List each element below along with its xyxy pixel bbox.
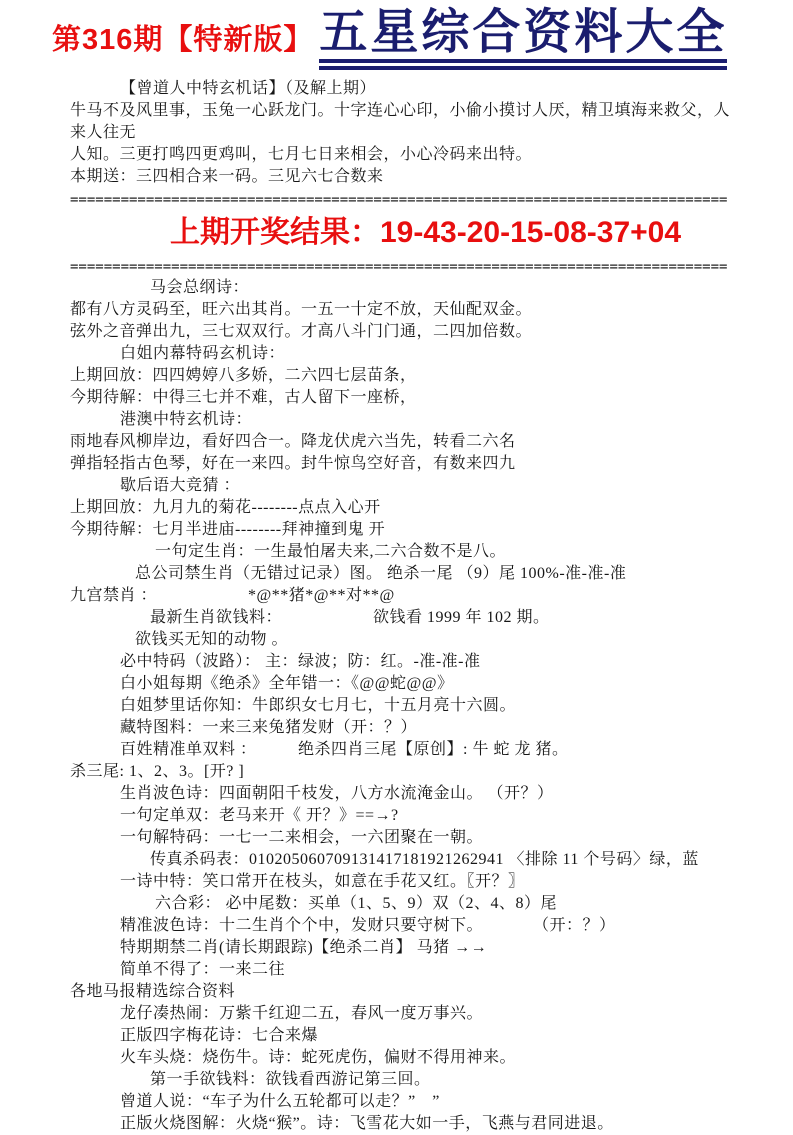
text-line: 今期待解：七月半进庙--------拜神撞到鬼 开 [70,519,743,541]
text-line: 简单不得了：一来二往 [70,959,743,981]
section-heading-xiehouyu: 歇后语大竞猜 ： [70,475,743,497]
text-line: 一句解特码：一七一二来相会，一六团聚在一朝。 [70,827,743,849]
text-line: 本期送：三四相合来一码。三见六七合数来 [70,166,743,188]
text-line: 六合彩： 必中尾数：买单（1、5、9）双（2、4、8）尾 [70,893,743,915]
text-line: 弹指轻指古色琴，好在一来四。封牛惊鸟空好音，有数来四九 [70,453,743,475]
text-line: 生肖波色诗：四面朝阳千枝发，八方水流淹金山。 （开？） [70,783,743,805]
text-line: 火车头烧：烧伤牛。诗：蛇死虎伤，偏财不得用神来。 [70,1047,743,1069]
text-line: 杀三尾: 1、2、3。[开? ] [70,761,743,783]
text-line: 弦外之音弹出九，三七双双行。才高八斗门门通，二四加倍数。 [70,321,743,343]
text-line: 必中特码（波路）： 主：绿波；防：红。-准-准-准 [70,651,743,673]
text-line: 雨地春风柳岸边，看好四合一。降龙伏虎六当先，转看二六名 [70,431,743,453]
section-heading-zonggang: 马会总纲诗： [70,277,743,299]
body-content: 【曾道人中特玄机话】（及解上期） 牛马不及风里事，玉兔一心跃龙门。十字连心心印，… [0,70,793,1135]
page-title: 五星综合资料大全 [319,8,727,70]
text-line: 九宫禁肖 ： *@**猪*@**对**@ [70,585,743,607]
section-heading-zengdaoren: 【曾道人中特玄机话】（及解上期） [70,78,743,100]
draw-result: 上期开奖结果：19-43-20-15-08-37+04 [70,210,743,255]
text-line: 第一手欲钱料：欲钱看西游记第三回。 [70,1069,743,1091]
text-line: 曾道人说：“车子为什么五轮都可以走？” ” [70,1091,743,1113]
text-line: 百姓精准单双料 ： 绝杀四肖三尾【原创】: 牛 蛇 龙 猪。 [70,739,743,761]
header: 第316期【特新版】 五星综合资料大全 [0,0,793,70]
section-heading-gangao: 港澳中特玄机诗： [70,409,743,431]
text-line: 龙仔凑热闹：万紫千红迎二五，春风一度万事兴。 [70,1003,743,1025]
section-heading-baijie: 白姐内幕特码玄机诗： [70,343,743,365]
text-line: 正版四字梅花诗：七合来爆 [70,1025,743,1047]
text-line: 传真杀码表：010205060709131417181921262941 〈排除… [70,849,743,871]
issue-badge: 第316期【特新版】 [52,17,313,58]
text-line: 都有八方灵码至，旺六出其肖。一五一十定不放，天仙配双金。 [70,299,743,321]
text-line: 欲钱买无知的动物 。 [70,629,743,651]
separator-line: ========================================… [70,188,743,210]
text-line: 人知。三更打鸣四更鸡叫，七月七日来相会，小心冷码来出特。 [70,144,743,166]
section-heading-gedimabao: 各地马报精选综合资料 [70,981,743,1003]
document-page: 第316期【特新版】 五星综合资料大全 【曾道人中特玄机话】（及解上期） 牛马不… [0,0,793,1135]
text-line: 特期期禁二肖(请长期跟踪)【绝杀二肖】 马猪 →→ [70,937,743,959]
text-line: 一句定生肖：一生最怕屠夫来,二六合数不是八。 [70,541,743,563]
separator-line: ========================================… [70,255,743,277]
text-line: 上期回放：九月九的菊花--------点点入心开 [70,497,743,519]
text-line: 总公司禁生肖（无错过记录）图。 绝杀一尾 （9）尾 100%-准-准-准 [70,563,743,585]
text-line: 一诗中特：笑口常开在枝头，如意在手花又红。〖开？〗 [70,871,743,893]
text-line: 一句定单双：老马来开《 开？》==→? [70,805,743,827]
text-line: 最新生肖欲钱料： 欲钱看 1999 年 102 期。 [70,607,743,629]
text-line: 牛马不及风里事，玉兔一心跃龙门。十字连心心印，小偷小摸讨人厌，精卫填海来救父，人… [70,100,743,144]
text-line: 白小姐每期《绝杀》全年错一：《@@蛇@@》 [70,673,743,695]
text-line: 上期回放：四四娉婷八多娇，二六四七层苗条， [70,365,743,387]
text-line: 正版火烧图解：火烧“猴”。诗：飞雪花大如一手，飞燕与君同进退。 [70,1113,743,1135]
text-line: 藏特图料：一来三来兔猪发财（开：？） [70,717,743,739]
text-line: 精准波色诗：十二生肖个个中，发财只要守树下。 （开：？） [70,915,743,937]
text-line: 白姐梦里话你知：牛郎织女七月七，十五月亮十六圆。 [70,695,743,717]
text-line: 今期待解：中得三七并不难，古人留下一座桥， [70,387,743,409]
